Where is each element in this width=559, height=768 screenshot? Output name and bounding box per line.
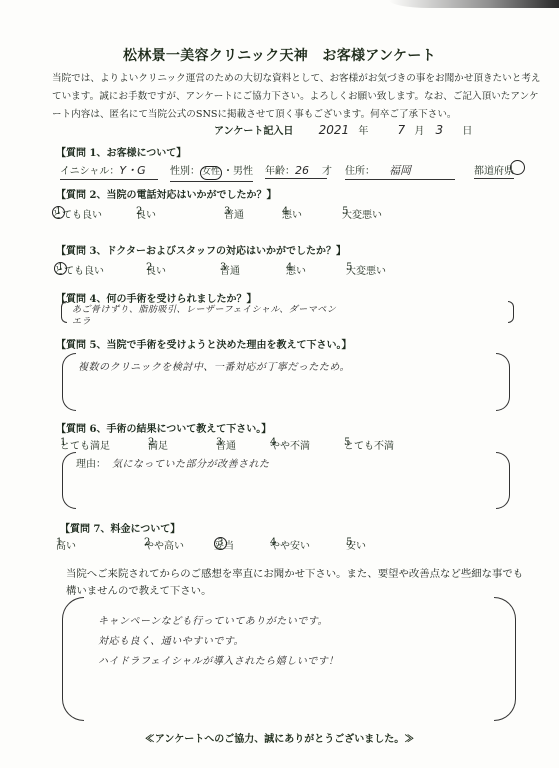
address-field[interactable]: 住所：福岡 bbox=[345, 162, 455, 180]
gender-label: 性別： bbox=[170, 166, 200, 177]
intro-line: ています。誠にお手数ですが、アンケートにご協力下さい。よろしくお願い致します。な… bbox=[52, 88, 522, 106]
option-label: 良い bbox=[136, 206, 156, 221]
q6-options: 1 とても満足 2 満足 3 普通 4 やや不満 5 とても不満 bbox=[60, 437, 520, 451]
option-label: 大変悪い bbox=[346, 262, 386, 277]
date-day[interactable]: 3 bbox=[436, 123, 444, 137]
q4-bracket-left bbox=[61, 301, 67, 323]
option-label: 良い bbox=[146, 262, 166, 277]
q5-bracket-right bbox=[496, 353, 510, 411]
option-label: とても満足 bbox=[60, 437, 110, 452]
option-label: やや不満 bbox=[270, 437, 310, 452]
age-unit: 才 bbox=[322, 162, 332, 177]
intro-line: 当院では、よりよいクリニック運営のための大切な資料として、お客様がお気づきの事を… bbox=[52, 70, 522, 88]
option-label: とても良い bbox=[54, 262, 104, 277]
age-label: 年齢： bbox=[265, 166, 295, 177]
initial-label: イニシャル： bbox=[60, 166, 119, 177]
q3-options: 1とても良い 2 良い 3 普通 4 悪い 5 大変悪い bbox=[54, 262, 514, 276]
option-label: 満足 bbox=[148, 437, 168, 452]
comments-prompt: 当院へご来院されてからのご感想を率直にお聞かせ下さい。また、要望や改善点など些細… bbox=[66, 566, 526, 600]
option-label: 普通 bbox=[224, 206, 244, 221]
initial-field[interactable]: イニシャル：Y・G bbox=[60, 162, 158, 180]
option-label: とても不満 bbox=[344, 437, 394, 452]
comments-box-left bbox=[62, 597, 84, 721]
q1-heading: 【質問 1、お客様について】 bbox=[56, 144, 186, 159]
option-label: 妥当 bbox=[214, 537, 234, 552]
age-value: 26 bbox=[295, 164, 309, 177]
comment-line-2[interactable]: 対応も良く、通いやすいです。 bbox=[98, 632, 244, 647]
comment-line-3[interactable]: ハイドラフェイシャルが導入されたら嬉しいです！ bbox=[98, 652, 339, 667]
date-year[interactable]: 2021 bbox=[319, 123, 350, 137]
q4-answer-line2[interactable]: エラ bbox=[72, 314, 91, 327]
option-label: 大変悪い bbox=[342, 206, 382, 221]
q2-options: 1とても良い 2 良い 3 普通 4 悪い 5 大変悪い bbox=[52, 206, 512, 220]
gender-option-female-selected[interactable]: 女性 bbox=[200, 166, 222, 180]
option-label: やや高い bbox=[144, 537, 184, 552]
q4-answer-line1[interactable]: あご骨けずり、脂肪吸引、レーザーフェイシャル、ダーマペン bbox=[72, 302, 336, 315]
comments-box-right bbox=[494, 597, 516, 721]
date-month[interactable]: 7 bbox=[398, 123, 406, 137]
survey-date: アンケート記入日 2021 年 7 月 3 日 bbox=[214, 122, 472, 137]
month-unit: 月 bbox=[414, 122, 424, 137]
date-label: アンケート記入日 bbox=[214, 122, 293, 137]
q5-heading: 【質問 5、当院で手術を受けようと決めた理由を教えて下さい。】 bbox=[56, 336, 351, 351]
prefecture-suffix: 都道府県 bbox=[474, 162, 514, 179]
option-label: とても良い bbox=[52, 206, 102, 221]
q5-answer[interactable]: 複数のクリニックを検討中、一番対応が丁寧だったため。 bbox=[78, 358, 350, 373]
prompt-line: 当院へご来院されてからのご感想を率直にお聞かせ下さい。また、要望や改善点など些細… bbox=[66, 566, 526, 583]
q6-bracket-right bbox=[496, 452, 510, 509]
option-label: 普通 bbox=[220, 262, 240, 277]
q6-reason-answer[interactable]: 気になっていた部分が改善された bbox=[112, 455, 270, 470]
day-unit: 日 bbox=[462, 122, 472, 137]
comment-line-1[interactable]: キャンペーンなども行っていてありがたいです。 bbox=[98, 612, 328, 627]
gender-separator: ・ bbox=[223, 166, 233, 177]
q4-bracket-right bbox=[508, 301, 514, 323]
q6-reason-label: 理由： bbox=[76, 455, 106, 470]
q6-heading: 【質問 6、手術の結果について教えて下さい。】 bbox=[56, 420, 271, 435]
q2-heading: 【質問 2、当院の電話対応はいかがでしたか？】 bbox=[56, 186, 276, 201]
survey-title: 松林景一美容クリニック天神 お客様アンケート bbox=[0, 45, 559, 65]
intro-text: 当院では、よりよいクリニック運営のための大切な資料として、お客様がお気づきの事を… bbox=[52, 70, 522, 124]
initial-value: Y・G bbox=[119, 164, 145, 177]
thank-you-footer: ≪アンケートへのご協力、誠にありがとうございました。≫ bbox=[0, 730, 559, 745]
prefecture-selected-circle bbox=[510, 160, 525, 175]
q5-bracket-left bbox=[62, 353, 76, 411]
option-label: 高い bbox=[56, 537, 76, 552]
q3-heading: 【質問 3、ドクターおよびスタッフの対応はいかがでしたか？】 bbox=[56, 242, 346, 257]
option-label: 悪い bbox=[286, 262, 306, 277]
q7-heading: 【質問 7、料金について】 bbox=[60, 520, 180, 535]
option-label: 普通 bbox=[216, 437, 236, 452]
prompt-line: 構いませんので教えて下さい。 bbox=[66, 583, 526, 600]
age-field[interactable]: 年齢：26 bbox=[265, 162, 327, 179]
address-label: 住所： bbox=[345, 166, 375, 177]
gender-field[interactable]: 性別：女性・男性 bbox=[170, 162, 253, 182]
option-label: 悪い bbox=[282, 206, 302, 221]
q6-bracket-left bbox=[62, 452, 76, 509]
gender-option-male[interactable]: 男性 bbox=[233, 166, 253, 177]
scan-edge-shadow bbox=[389, 0, 559, 8]
year-unit: 年 bbox=[358, 122, 368, 137]
q7-options: 1 高い 2 やや高い 3妥当 4 やや安い 5 安い bbox=[56, 537, 516, 551]
address-value: 福岡 bbox=[389, 164, 411, 177]
option-label: 安い bbox=[346, 537, 366, 552]
option-label: やや安い bbox=[270, 537, 310, 552]
